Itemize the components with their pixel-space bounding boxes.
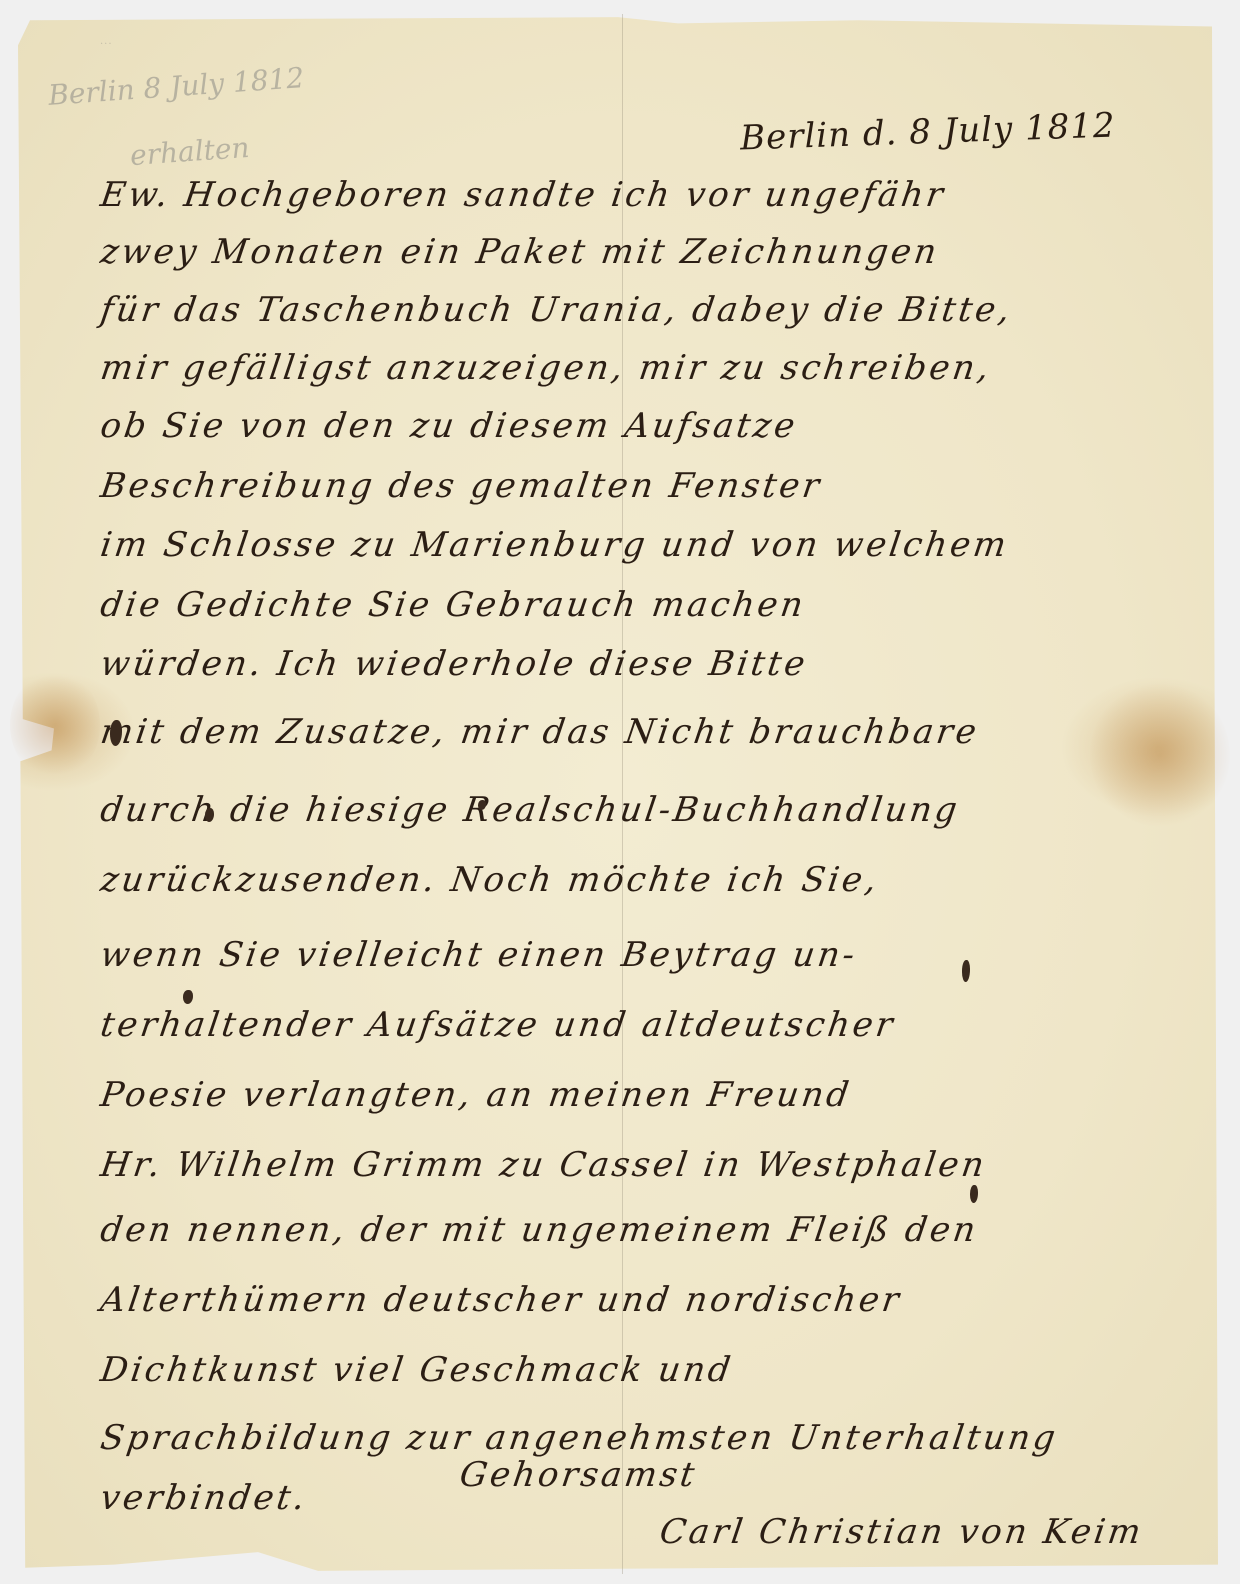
body-line: Alterthümern deutscher und nordischer (98, 1280, 1204, 1320)
body-line: den nennen, der mit ungemeinem Fleiß den (98, 1210, 1204, 1250)
body-line: Poesie verlangten, an meinen Freund (98, 1075, 1204, 1115)
signature: Carl Christian von Keim (657, 1512, 1146, 1552)
body-line: zwey Monaten ein Paket mit Zeichnungen (98, 232, 1204, 272)
faint-top-note: ... (100, 36, 1100, 47)
body-line: würden. Ich wiederhole diese Bitte (98, 644, 1204, 684)
closing: Gehorsamst (457, 1455, 700, 1495)
body-line: mir gefälligst anzuzeigen, mir zu schrei… (98, 348, 1204, 388)
body-line: ob Sie von den zu diesem Aufsatze (98, 406, 1204, 446)
body-line: Dichtkunst viel Geschmack und (98, 1350, 1204, 1390)
body-line: die Gedichte Sie Gebrauch machen (98, 585, 1204, 625)
body-line: für das Taschenbuch Urania, dabey die Bi… (98, 290, 1204, 330)
water-stain (10, 670, 100, 780)
body-line: Hr. Wilhelm Grimm zu Cassel in Westphale… (98, 1145, 1204, 1185)
body-line: Sprachbildung zur angenehmsten Unterhalt… (98, 1418, 1204, 1458)
body-line: im Schlosse zu Marienburg und von welche… (98, 525, 1204, 565)
body-line: Ew. Hochgeboren sandte ich vor ungefähr (98, 175, 1204, 215)
body-line: zurückzusenden. Noch möchte ich Sie, (98, 860, 1204, 900)
body-line: terhaltender Aufsätze und altdeutscher (98, 1005, 1204, 1045)
body-line: Beschreibung des gemalten Fenster (98, 466, 1204, 506)
body-line: durch die hiesige Realschul-Buchhandlung (98, 790, 1204, 830)
body-line: wenn Sie vielleicht einen Beytrag un- (98, 935, 1204, 975)
body-line: mit dem Zusatze, mir das Nicht brauchbar… (98, 712, 1204, 752)
